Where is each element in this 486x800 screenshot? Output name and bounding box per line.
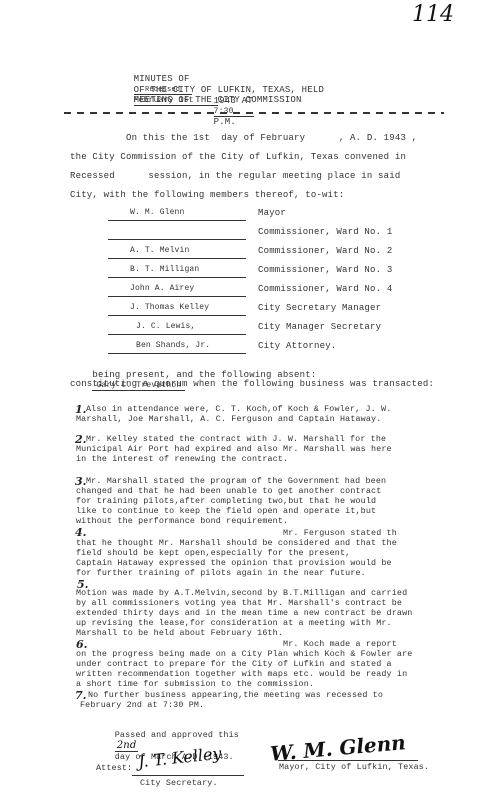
item-line: February 2nd at 7:30 PM.: [80, 700, 204, 710]
item-line: for further training of pilots again in …: [76, 568, 366, 578]
mayor-title: Mayor, City of Lufkin, Texas.: [279, 762, 429, 772]
member-title: Commissioner, Ward No. 3: [258, 265, 392, 275]
item-line: Mr. Ferguson stated th: [76, 528, 397, 538]
member-name: W. M. Glenn: [130, 208, 184, 217]
signature-line: [108, 353, 246, 354]
item-line: changed and that he had been unable to g…: [76, 486, 381, 496]
item-line: that he thought Mr. Marshall should be c…: [76, 538, 397, 548]
item-line: written recommendation together with map…: [76, 669, 407, 679]
item-line: Motion was made by A.T.Melvin,second by …: [76, 588, 407, 598]
item-line: Marshall, Joe Marshall, A. C. Ferguson a…: [76, 414, 381, 424]
member-title: Commissioner, Ward No. 1: [258, 227, 392, 237]
member-name: John A. Airey: [130, 284, 194, 293]
member-title: City Attorney.: [258, 341, 336, 351]
signature-line: [108, 258, 246, 259]
meeting-year: 1943 AT: [214, 96, 253, 106]
member-name: J. C. Lewis,: [136, 322, 195, 331]
signature-line: [108, 315, 246, 316]
item-line: by all commissioners voting yea that Mr.…: [76, 598, 402, 608]
quorum-line: constituting a quorum when the following…: [70, 379, 434, 389]
item-line: up revising the lease,for consideration …: [76, 618, 392, 628]
item-line: Marshall to be held about February 16th.: [76, 628, 283, 638]
document-page: 114 MINUTES OF Recessed MEETING OF THE C…: [0, 0, 486, 800]
item-line: Also in attendance were, C. T. Koch,of K…: [86, 404, 391, 414]
member-name: A. T. Melvin: [130, 246, 189, 255]
meeting-ampm: P.M.: [214, 117, 236, 127]
member-title: City Secretary Manager: [258, 303, 381, 313]
member-name: Ben Shands, Jr.: [136, 341, 210, 350]
attest-label: Attest:: [96, 763, 132, 773]
signature-line: [108, 277, 246, 278]
mayor-signature-line: [278, 760, 418, 761]
item-line: Mr. Kelley stated the contract with J. W…: [86, 434, 386, 444]
item-line: a short time for submission to the commi…: [76, 679, 314, 689]
preamble-line-4: City, with the following members thereof…: [70, 190, 344, 200]
item-line: Mr. Koch made a report: [76, 639, 397, 649]
secretary-title: City Secretary.: [140, 778, 218, 788]
preamble-line-2: the City Commission of the City of Lufki…: [70, 152, 406, 162]
member-name: J. Thomas Kelley: [130, 303, 209, 312]
signature-line: [108, 239, 246, 240]
separator-dashes: [64, 112, 444, 114]
item-line: under contract to prepare for the City o…: [76, 659, 392, 669]
preamble-line-3: Recessed session, in the regular meeting…: [70, 171, 400, 181]
item-line: No further business appearing,the meetin…: [88, 690, 383, 700]
member-title: Commissioner, Ward No. 4: [258, 284, 392, 294]
item-line: in the interest of renewing the contract…: [76, 454, 288, 464]
page-number: 114: [412, 2, 454, 27]
item-line: for training pilots,after completing two…: [76, 496, 376, 506]
member-title: Mayor: [258, 208, 286, 218]
approval-prefix: Passed and approved this: [115, 730, 239, 740]
signature-line: [108, 296, 246, 297]
signature-line: [108, 334, 246, 335]
member-name: B. T. Milligan: [130, 265, 199, 274]
member-title: City Manager Secretary: [258, 322, 381, 332]
item-line: without the performance bond requirement…: [76, 516, 288, 526]
member-title: Commissioner, Ward No. 2: [258, 246, 392, 256]
item-line: on the progress being made on a City Pla…: [76, 649, 412, 659]
item-line: Mr. Marshall stated the program of the G…: [86, 476, 386, 486]
secretary-signature-line: [132, 775, 244, 776]
approval-day: 2nd: [115, 740, 139, 752]
item-line: Municipal Air Port had expired and also …: [76, 444, 392, 454]
item-line: like to continue to keep the field open …: [76, 506, 376, 516]
item-line: Captain Hataway expressed the opinion th…: [76, 558, 392, 568]
preamble-line-1: On this the 1st day of February , A. D. …: [126, 133, 417, 143]
signature-line: [108, 220, 246, 221]
item-line: extended thirty days and in the mean tim…: [76, 608, 412, 618]
item-line: field should be kept open,especially for…: [76, 548, 350, 558]
